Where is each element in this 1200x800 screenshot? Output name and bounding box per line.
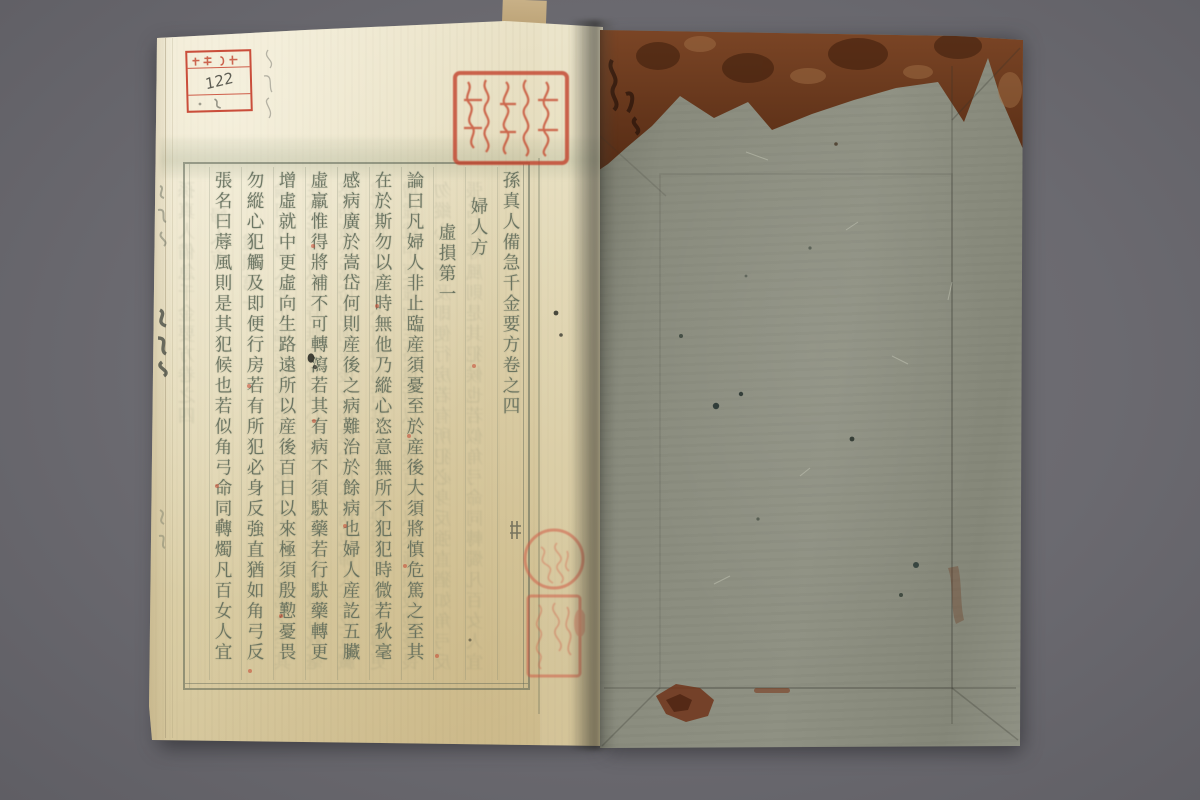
- photo-stage: 孫真人備急千金要方卷之四婦人方虛損第一論曰凡婦人非止臨産須憂至於産後大須將慎危篤…: [0, 0, 1200, 800]
- back-cover: [596, 24, 1026, 750]
- cover-specks: [596, 24, 1026, 750]
- paper-specks: [148, 18, 606, 748]
- gutter-shadow: [570, 20, 616, 750]
- left-page: 孫真人備急千金要方卷之四婦人方虛損第一論曰凡婦人非止臨産須憂至於産後大須將慎危篤…: [148, 18, 606, 748]
